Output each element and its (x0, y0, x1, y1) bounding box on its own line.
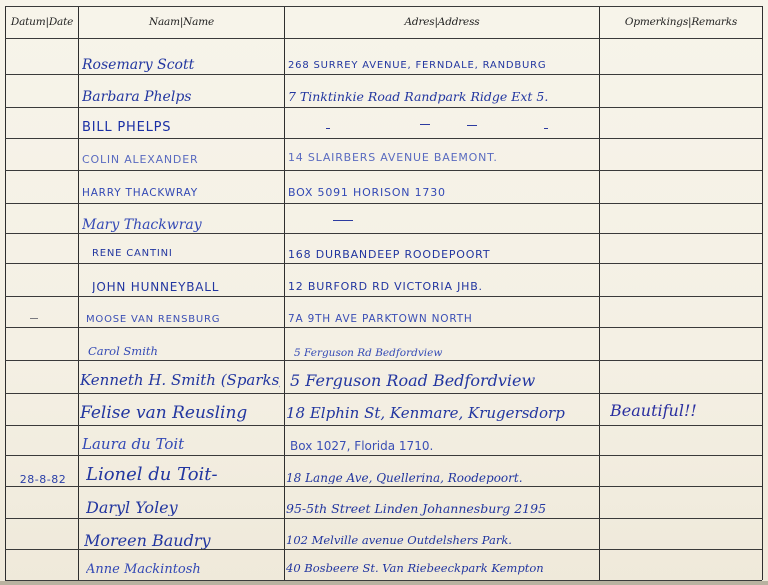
row-divider (5, 107, 762, 108)
entry-address: 18 Elphin St, Kenmare, Krugersdorp (286, 406, 594, 421)
entry-address: 7 Tinktinkie Road Randpark Ridge Ext 5. (288, 91, 596, 104)
entry-name: BILL PHELPS (82, 121, 282, 134)
row-divider (5, 203, 762, 204)
column-divider-name (284, 6, 285, 580)
row-divider (5, 393, 762, 394)
entry-name: Felise van Reusling (80, 405, 280, 422)
entry-address: 5 Ferguson Road Bedfordview (290, 373, 598, 389)
entry-name: Rosemary Scott (82, 58, 282, 72)
header-divider (5, 38, 762, 39)
entry-address: 168 DURBANDEEP ROODEPOORT (288, 249, 596, 260)
header-remarks: Opmerkings|Remarks (600, 6, 762, 38)
row-divider (5, 263, 762, 264)
ditto-mark (326, 128, 330, 129)
entry-address: 18 Lange Ave, Quellerina, Roodepoort. (286, 472, 594, 484)
entry-name: Carol Smith (88, 346, 288, 358)
row-divider (5, 74, 762, 75)
entry-name: Anne Mackintosh (86, 563, 286, 576)
table-border-right (762, 6, 763, 580)
entry-address: 95-5th Street Linden Johannesburg 2195 (286, 503, 594, 516)
entry-name: Lionel du Toit- (86, 466, 286, 484)
entry-name: Laura du Toit (82, 437, 282, 452)
entry-name: JOHN HUNNEYBALL (92, 281, 292, 293)
entry-name: Mary Thackwray (82, 218, 282, 232)
entry-address: 102 Melville avenue Outdelshers Park. (286, 535, 594, 547)
entry-address: 268 SURREY AVENUE, FERNDALE, RANDBURG (288, 61, 596, 71)
row-divider (5, 425, 762, 426)
entry-name: Kenneth H. Smith (Sparks) (80, 373, 280, 388)
ditto-mark (467, 125, 477, 126)
entry-address: 7A 9TH AVE PARKTOWN NORTH (288, 314, 596, 325)
entry-name: Moreen Baudry (84, 533, 284, 549)
ditto-mark (333, 220, 353, 221)
table-border-bottom (5, 580, 762, 581)
entry-name: Daryl Yoley (86, 500, 286, 516)
guestbook-page: Datum|Date Naam|Name Adres|Address Opmer… (0, 0, 768, 585)
entry-address: 40 Bosbeere St. Van Riebeeckpark Kempton (286, 563, 594, 575)
date-stray-mark (30, 318, 38, 319)
table-border-left (5, 6, 6, 580)
row-divider (5, 549, 762, 550)
entry-address: BOX 5091 HORISON 1730 (288, 187, 596, 198)
entry-address: Box 1027, Florida 1710. (290, 440, 598, 452)
header-address: Adres|Address (285, 6, 599, 38)
entry-name: Barbara Phelps (82, 90, 282, 104)
entry-name: HARRY THACKWRAY (82, 188, 282, 199)
entry-address: 12 BURFORD RD VICTORIA JHB. (288, 281, 596, 292)
entry-name: MOOSE VAN RENSBURG (86, 315, 286, 325)
row-divider (5, 170, 762, 171)
entry-date: 28-8-82 (8, 474, 78, 485)
row-divider (5, 486, 762, 487)
entry-address: 14 SLAIRBERS AVENUE BAEMONT. (288, 152, 596, 163)
row-divider (5, 360, 762, 361)
header-date: Datum|Date (6, 6, 78, 38)
ditto-mark (420, 124, 430, 125)
row-divider (5, 327, 762, 328)
row-divider (5, 455, 762, 456)
column-divider-date (78, 6, 79, 580)
ditto-mark (544, 128, 548, 129)
entry-remark: Beautiful!! (610, 403, 760, 419)
entry-address: 5 Ferguson Rd Bedfordview (294, 348, 602, 359)
row-divider (5, 518, 762, 519)
header-name: Naam|Name (79, 6, 284, 38)
entry-name: COLIN ALEXANDER (82, 154, 282, 165)
row-divider (5, 233, 762, 234)
entry-name: RENÉ CANTINI (92, 249, 292, 259)
column-divider-address (599, 6, 600, 580)
row-divider (5, 138, 762, 139)
row-divider (5, 296, 762, 297)
